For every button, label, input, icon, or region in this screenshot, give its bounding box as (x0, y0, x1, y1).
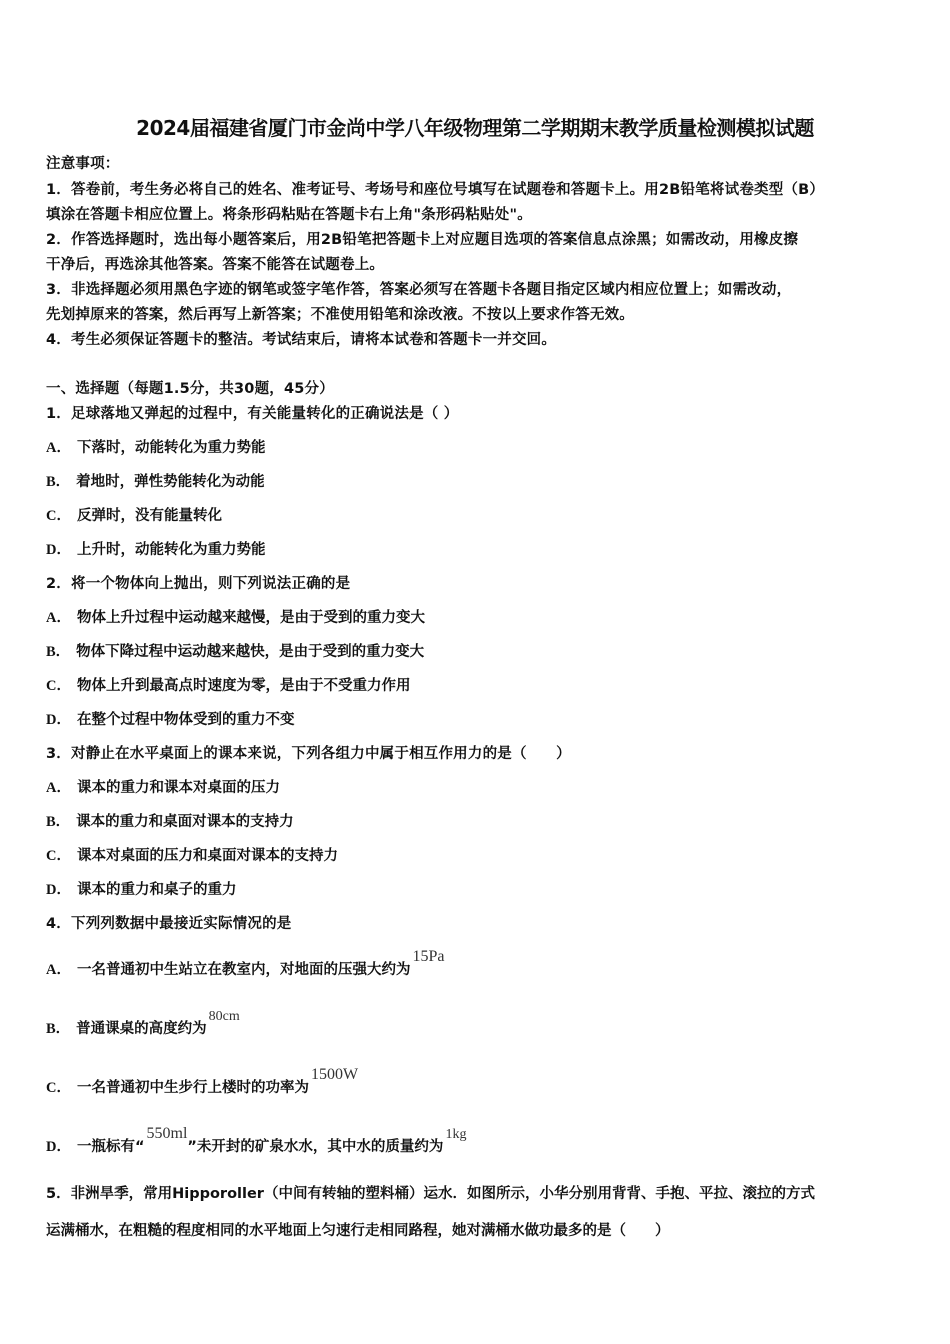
option-text: 一名普通初中生步行上楼时的功率为 (77, 1080, 309, 1096)
notice-line: 3．非选择题必须用黑色字迹的钢笔或签字笔作答，答案必须写在答题卡各题目指定区域内… (46, 278, 791, 299)
option-text-post: ”未开封的矿泉水水，其中水的质量约为 (187, 1139, 443, 1155)
option-text: 下落时，动能转化为重力势能 (77, 440, 266, 456)
option-text: 上升时，动能转化为重力势能 (77, 542, 266, 558)
notice-line: 4．考生必须保证答题卡的整洁。考试结束后，请将本试卷和答题卡一并交回。 (46, 328, 556, 349)
option-text: 在整个过程中物体受到的重力不变 (77, 712, 295, 728)
option-label: B． (46, 1021, 70, 1037)
option-text-pre: 一瓶标有“ (77, 1139, 145, 1155)
option-a: A．物体上升过程中运动越来越慢，是由于受到的重力变大 (46, 606, 425, 627)
notice-line: 填涂在答题卡相应位置上。将条形码粘贴在答题卡右上角"条形码粘贴处"。 (46, 203, 532, 224)
notice-line: 干净后，再选涂其他答案。答案不能答在试题卷上。 (46, 253, 384, 274)
option-label: C． (46, 848, 71, 864)
option-text: 课本的重力和桌子的重力 (77, 882, 237, 898)
formula-value: 80cm (209, 1009, 240, 1024)
option-d: D．上升时，动能转化为重力势能 (46, 538, 265, 559)
question-stem: 3．对静止在水平桌面上的课本来说，下列各组力中属于相互作用力的是（ ） (46, 742, 571, 763)
option-b: B．着地时，弹性势能转化为动能 (46, 470, 265, 491)
option-label: A． (46, 440, 71, 456)
option-text: 反弹时，没有能量转化 (77, 508, 222, 524)
option-label: A． (46, 610, 71, 626)
option-c: C．课本对桌面的压力和桌面对课本的支持力 (46, 844, 338, 865)
option-text: 物体上升到最高点时速度为零，是由于不受重力作用 (77, 678, 411, 694)
formula-value: 1500W (311, 1066, 358, 1083)
option-text: 一名普通初中生站立在教室内，对地面的压强大约为 (77, 962, 411, 978)
option-a: A．课本的重力和课本对桌面的压力 (46, 776, 280, 797)
option-label: B． (46, 474, 70, 490)
option-text: 物体下降过程中运动越来越快，是由于受到的重力变大 (76, 644, 424, 660)
option-c: C．反弹时，没有能量转化 (46, 504, 222, 525)
option-d: D．课本的重力和桌子的重力 (46, 878, 236, 899)
formula-value: 15Pa (412, 948, 444, 965)
option-text: 物体上升过程中运动越来越慢，是由于受到的重力变大 (77, 610, 425, 626)
question-stem: 4．下列列数据中最接近实际情况的是 (46, 912, 292, 933)
option-label: C． (46, 678, 71, 694)
option-text: 课本对桌面的压力和桌面对课本的支持力 (77, 848, 338, 864)
option-text: 课本的重力和课本对桌面的压力 (77, 780, 280, 796)
option-text: 普通课桌的高度约为 (76, 1021, 207, 1037)
option-label: D． (46, 712, 71, 728)
option-c: C．物体上升到最高点时速度为零，是由于不受重力作用 (46, 674, 410, 695)
notice-line: 1．答卷前，考生务必将自己的姓名、准考证号、考场号和座位号填写在试题卷和答题卡上… (46, 178, 824, 199)
question-stem: 1．足球落地又弹起的过程中，有关能量转化的正确说法是（ ） (46, 402, 458, 423)
notice-line: 先划掉原来的答案，然后再写上新答案；不准使用铅笔和涂改液。不按以上要求作答无效。 (46, 303, 634, 324)
formula-value: 550ml (147, 1125, 188, 1142)
exam-title: 2024届福建省厦门市金尚中学八年级物理第二学期期末教学质量检测模拟试题 (0, 112, 950, 141)
option-label: D． (46, 542, 71, 558)
exam-page: 2024届福建省厦门市金尚中学八年级物理第二学期期末教学质量检测模拟试题 注意事… (0, 0, 950, 1344)
option-label: D． (46, 882, 71, 898)
option-b: B．物体下降过程中运动越来越快，是由于受到的重力变大 (46, 640, 424, 661)
option-a: A．下落时，动能转化为重力势能 (46, 436, 265, 457)
option-text: 着地时，弹性势能转化为动能 (76, 474, 265, 490)
option-label: B． (46, 644, 70, 660)
option-a: A．一名普通初中生站立在教室内，对地面的压强大约为15Pa (46, 958, 444, 979)
option-d: D．一瓶标有“550ml”未开封的矿泉水水，其中水的质量约为1kg (46, 1135, 466, 1156)
option-label: A． (46, 780, 71, 796)
option-b: B．课本的重力和桌面对课本的支持力 (46, 810, 294, 831)
notice-heading: 注意事项： (46, 152, 120, 173)
option-text: 课本的重力和桌面对课本的支持力 (76, 814, 294, 830)
option-c: C．一名普通初中生步行上楼时的功率为1500W (46, 1076, 358, 1097)
option-b: B．普通课桌的高度约为80cm (46, 1017, 240, 1038)
option-label: D． (46, 1139, 71, 1155)
option-label: C． (46, 1080, 71, 1096)
question-stem: 5．非洲旱季，常用Hipporoller（中间有转轴的塑料桶）运水．如图所示，小… (46, 1182, 815, 1203)
option-d: D．在整个过程中物体受到的重力不变 (46, 708, 294, 729)
question-stem: 2．将一个物体向上抛出，则下列说法正确的是 (46, 572, 350, 593)
section-heading: 一、选择题（每题1.5分，共30题，45分） (46, 377, 334, 398)
option-label: B． (46, 814, 70, 830)
option-label: C． (46, 508, 71, 524)
formula-value: 1kg (445, 1127, 466, 1142)
notice-line: 2．作答选择题时，选出每小题答案后，用2B铅笔把答题卡上对应题目选项的答案信息点… (46, 228, 798, 249)
option-label: A． (46, 962, 71, 978)
question-stem: 运满桶水，在粗糙的程度相同的水平地面上匀速行走相同路程，她对满桶水做功最多的是（… (46, 1219, 670, 1240)
